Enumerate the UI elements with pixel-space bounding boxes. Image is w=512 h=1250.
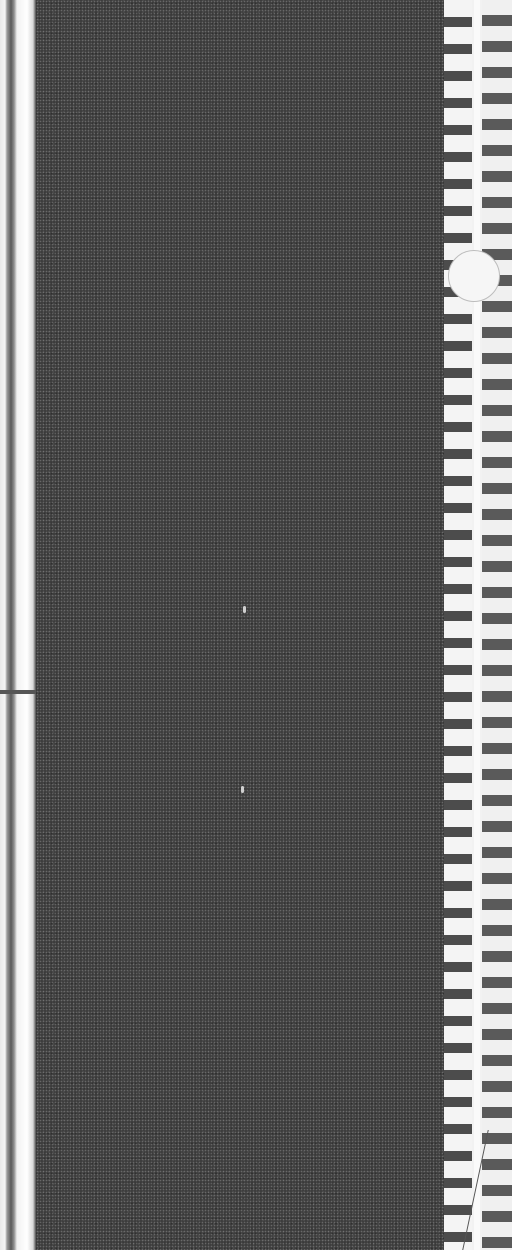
stripe-column-right [482, 0, 512, 1250]
aerial-road-scene: Top-down aerial photograph of an asphalt… [0, 0, 512, 1250]
asphalt-road [0, 0, 512, 1250]
left-curb [0, 0, 36, 1250]
manhole-cover [448, 250, 500, 302]
curb-joint [0, 690, 36, 694]
road-debris [243, 606, 246, 613]
crosswalk-stripes [444, 0, 512, 1250]
stripe-column-left [444, 0, 472, 1250]
divider-line [474, 0, 480, 1250]
road-debris [241, 786, 244, 793]
